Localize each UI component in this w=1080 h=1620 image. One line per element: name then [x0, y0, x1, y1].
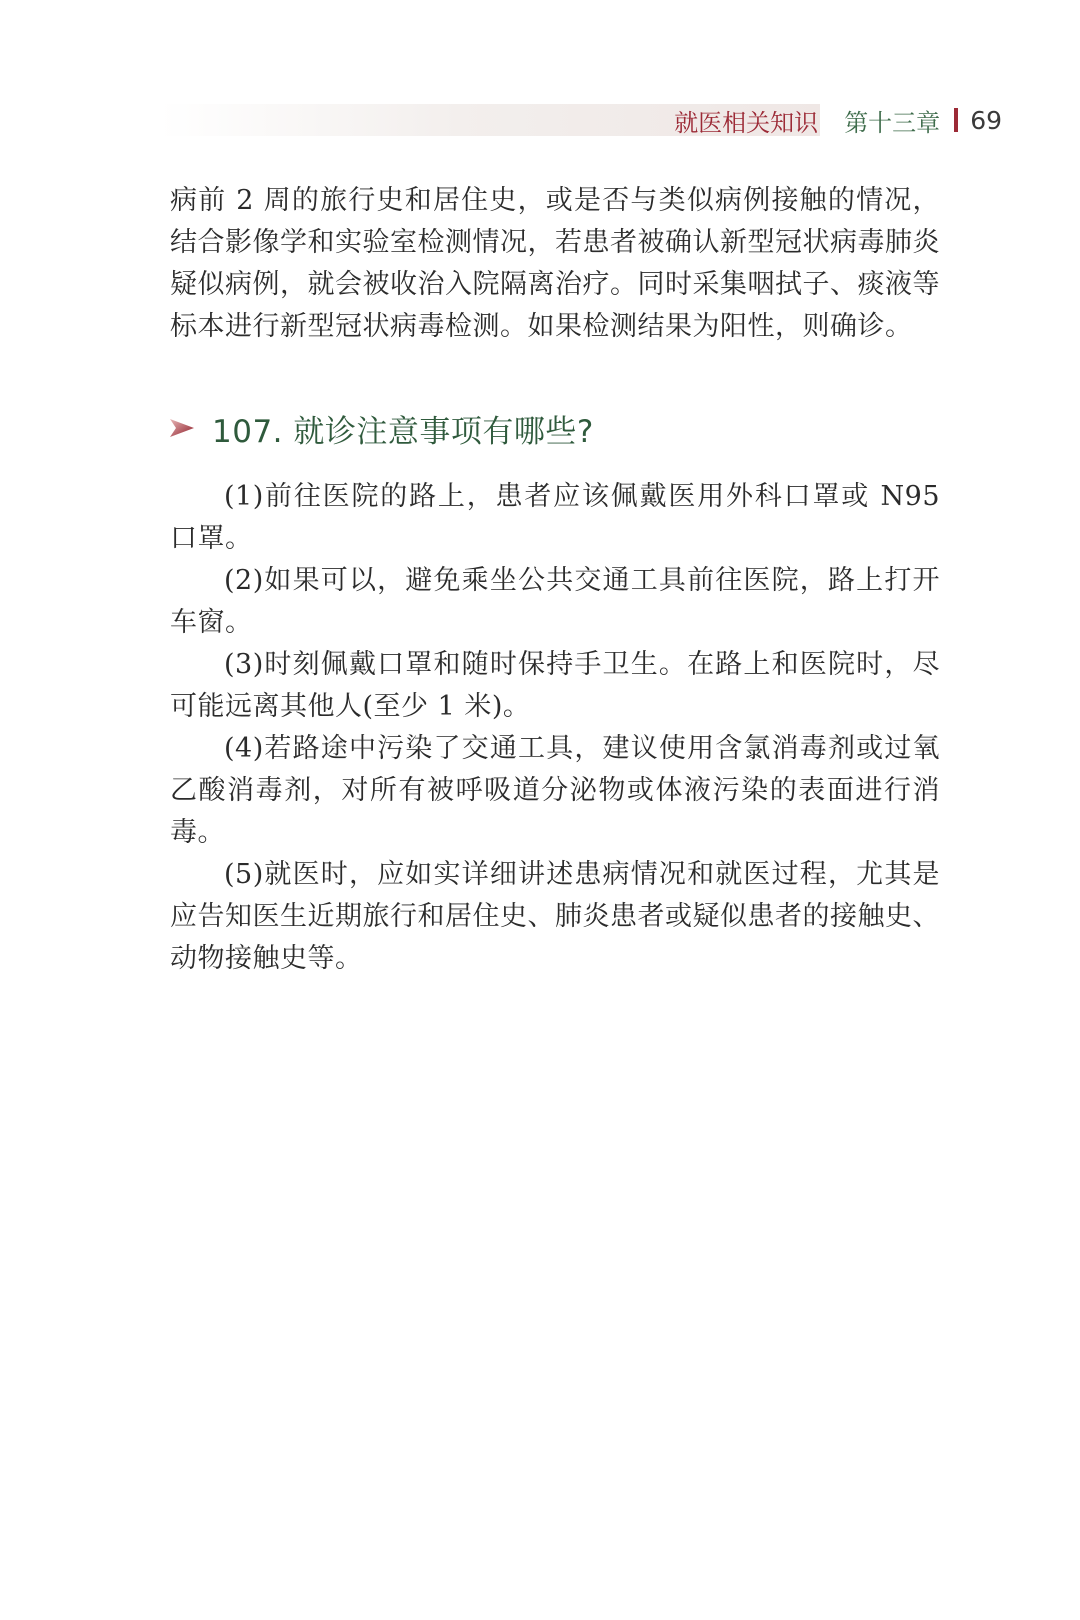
page-content: 病前 2 周的旅行史和居住史，或是否与类似病例接触的情况，结合影像学和实验室检测…: [170, 180, 940, 980]
intro-paragraph: 病前 2 周的旅行史和居住史，或是否与类似病例接触的情况，结合影像学和实验室检测…: [170, 180, 940, 348]
section-title: 就医相关知识: [674, 103, 818, 138]
arrow-right-icon: [170, 418, 194, 438]
list-item: (2)如果可以，避免乘坐公共交通工具前往医院，路上打开车窗。: [170, 560, 940, 644]
question-heading: 107. 就诊注意事项有哪些?: [170, 406, 940, 450]
list-item: (3)时刻佩戴口罩和随时保持手卫生。在路上和医院时，尽可能远离其他人(至少 1 …: [170, 644, 940, 728]
question-title: 107. 就诊注意事项有哪些?: [212, 406, 594, 451]
header-divider: [954, 108, 958, 132]
list-item: (5)就医时，应如实详细讲述患病情况和就医过程，尤其是应告知医生近期旅行和居住史…: [170, 854, 940, 980]
page-number: 69: [970, 106, 1002, 135]
list-item: (4)若路途中污染了交通工具，建议使用含氯消毒剂或过氧乙酸消毒剂，对所有被呼吸道…: [170, 728, 940, 854]
chapter-label: 第十三章: [844, 103, 940, 138]
list-item: (1)前往医院的路上，患者应该佩戴医用外科口罩或 N95 口罩。: [170, 476, 940, 560]
page-header: 就医相关知识 第十三章 69: [674, 100, 1002, 140]
